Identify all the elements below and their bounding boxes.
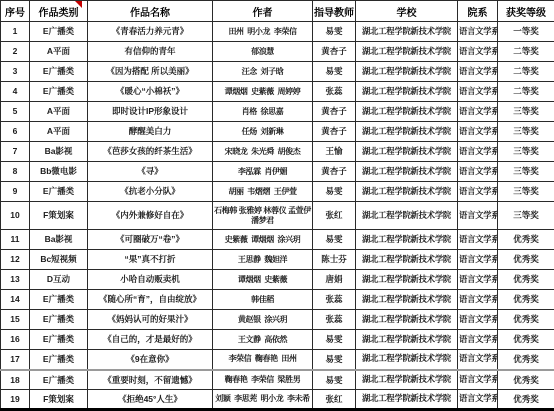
cell-school: 湖北工程学院新技术学院 <box>356 202 458 230</box>
cell-advisor: 黄杏子 <box>313 162 356 182</box>
cell-school: 湖北工程学院新技术学院 <box>356 62 458 82</box>
cell-award: 三等奖 <box>498 142 554 162</box>
cell-index: 3 <box>1 62 30 82</box>
cell-authors: 史紫薇 谭烟烟 涂兴玥 <box>213 230 313 250</box>
cell-department: 语言文学系 <box>458 370 498 390</box>
cell-index: 15 <box>1 310 30 330</box>
table-row: 19F策划案《拒绝45°人生》刘颖 李思茺 明小龙 李未希张红湖北工程学院新技术… <box>1 390 554 410</box>
header-department: 院系 <box>458 1 498 22</box>
cell-authors: 胡丽 韦熠熠 王伊萱 <box>213 182 313 202</box>
cell-index: 14 <box>1 290 30 310</box>
cell-authors: 郁浪慧 <box>213 42 313 62</box>
cell-title: 小哈自动贩卖机 <box>88 270 213 290</box>
cell-title: 《因为搭配 所以美丽》 <box>88 62 213 82</box>
cell-advisor: 易雯 <box>313 350 356 370</box>
cell-authors: 李荣信 鞠春艳 田州 <box>213 350 313 370</box>
table-body: 1E广播类《青春活力养元青》田州 明小龙 李荣信易雯湖北工程学院新技术学院语言文… <box>1 22 554 410</box>
cell-authors: 谭烟烟 史紫薇 周婷婷 <box>213 82 313 102</box>
cell-category: A平面 <box>30 102 88 122</box>
cell-award: 三等奖 <box>498 102 554 122</box>
cell-index: 1 <box>1 22 30 42</box>
table-row: 8Bb微电影《寻》李泓霖 肖伊媚黄杏子湖北工程学院新技术学院语言文学系三等奖 <box>1 162 554 182</box>
cell-authors: 石梅韩 张雅婷 林蓉仪 孟萱伊 潘梦君 <box>213 202 313 230</box>
cell-authors: 刘颖 李思茺 明小龙 李未希 <box>213 390 313 410</box>
cell-category: D互动 <box>30 270 88 290</box>
cell-index: 6 <box>1 122 30 142</box>
cell-index: 4 <box>1 82 30 102</box>
cell-category: E广播类 <box>30 330 88 350</box>
cell-award: 优秀奖 <box>498 230 554 250</box>
cell-title: 《重要时刻，不留遗憾》 <box>88 370 213 390</box>
cell-index: 10 <box>1 202 30 230</box>
cell-authors: 汪念 刘子晗 <box>213 62 313 82</box>
table-row: 13D互动小哈自动贩卖机谭烟烟 史紫薇唐娟湖北工程学院新技术学院语言文学系优秀奖 <box>1 270 554 290</box>
cell-advisor: 黄杏子 <box>313 42 356 62</box>
cell-advisor: 易雯 <box>313 182 356 202</box>
cell-index: 13 <box>1 270 30 290</box>
cell-title: “果”真不打折 <box>88 250 213 270</box>
cell-authors: 王文静 高依然 <box>213 330 313 350</box>
cell-department: 语言文学系 <box>458 230 498 250</box>
cell-category: E广播类 <box>30 22 88 42</box>
cell-award: 二等奖 <box>498 82 554 102</box>
cell-department: 语言文学系 <box>458 62 498 82</box>
table-row: 3E广播类《因为搭配 所以美丽》汪念 刘子晗易雯湖北工程学院新技术学院语言文学系… <box>1 62 554 82</box>
cell-category: E广播类 <box>30 350 88 370</box>
cell-title: 酵醒美白力 <box>88 122 213 142</box>
cell-advisor: 易雯 <box>313 330 356 350</box>
cell-department: 语言文学系 <box>458 122 498 142</box>
cell-department: 语言文学系 <box>458 290 498 310</box>
cell-category: A平面 <box>30 122 88 142</box>
cell-authors: 谭烟烟 史紫薇 <box>213 270 313 290</box>
cell-category: E广播类 <box>30 182 88 202</box>
cell-title: 《拒绝45°人生》 <box>88 390 213 410</box>
cell-department: 语言文学系 <box>458 202 498 230</box>
cell-title: 《抗老小分队》 <box>88 182 213 202</box>
cell-category: F策划案 <box>30 390 88 410</box>
cell-authors: 田州 明小龙 李荣信 <box>213 22 313 42</box>
cell-department: 语言文学系 <box>458 142 498 162</box>
cell-award: 优秀奖 <box>498 290 554 310</box>
table-row: 14E广播类《随心所“育”，自由绽放》韩佳稻张蕊湖北工程学院新技术学院语言文学系… <box>1 290 554 310</box>
table-row: 11Ba影视《可圈破万“卷”》史紫薇 谭烟烟 涂兴玥易雯湖北工程学院新技术学院语… <box>1 230 554 250</box>
cell-department: 语言文学系 <box>458 102 498 122</box>
cell-advisor: 张蕊 <box>313 290 356 310</box>
cell-school: 湖北工程学院新技术学院 <box>356 290 458 310</box>
cell-index: 17 <box>1 350 30 370</box>
cell-authors: 王思静 魏妲洋 <box>213 250 313 270</box>
cell-authors: 韩佳稻 <box>213 290 313 310</box>
table-row: 2A平面有信仰的青年郁浪慧黄杏子湖北工程学院新技术学院语言文学系二等奖 <box>1 42 554 62</box>
cell-advisor: 黄杏子 <box>313 102 356 122</box>
cell-department: 语言文学系 <box>458 350 498 370</box>
cell-school: 湖北工程学院新技术学院 <box>356 230 458 250</box>
cell-title: 《9在意你》 <box>88 350 213 370</box>
cell-school: 湖北工程学院新技术学院 <box>356 350 458 370</box>
header-award: 获奖等级 <box>498 1 554 22</box>
cell-index: 5 <box>1 102 30 122</box>
cell-department: 语言文学系 <box>458 330 498 350</box>
cell-advisor: 张红 <box>313 390 356 410</box>
cell-advisor: 王愉 <box>313 142 356 162</box>
table-row: 6A平面酵醒美白力任炀 刘新琳黄杏子湖北工程学院新技术学院语言文学系三等奖 <box>1 122 554 142</box>
cell-department: 语言文学系 <box>458 82 498 102</box>
cell-department: 语言文学系 <box>458 310 498 330</box>
cell-index: 19 <box>1 390 30 410</box>
cell-school: 湖北工程学院新技术学院 <box>356 22 458 42</box>
cell-school: 湖北工程学院新技术学院 <box>356 182 458 202</box>
cell-advisor: 张红 <box>313 202 356 230</box>
cell-advisor: 易雯 <box>313 370 356 390</box>
cell-award: 二等奖 <box>498 42 554 62</box>
cell-title: 《随心所“育”，自由绽放》 <box>88 290 213 310</box>
cell-department: 语言文学系 <box>458 390 498 410</box>
cell-award: 优秀奖 <box>498 250 554 270</box>
cell-category: Ba影视 <box>30 230 88 250</box>
cell-award: 优秀奖 <box>498 370 554 390</box>
cell-category: Bc短视频 <box>30 250 88 270</box>
awards-table-sheet: 序号 作品类别 作品名称 作者 指导教师 学校 院系 获奖等级 1E广播类《青春… <box>0 0 554 411</box>
header-row: 序号 作品类别 作品名称 作者 指导教师 学校 院系 获奖等级 <box>1 1 554 22</box>
cell-department: 语言文学系 <box>458 42 498 62</box>
comment-marker-icon <box>75 1 82 8</box>
cell-title: 《芭莎女孩的纤茶生活》 <box>88 142 213 162</box>
table-row: 12Bc短视频“果”真不打折王思静 魏妲洋陈士芬湖北工程学院新技术学院语言文学系… <box>1 250 554 270</box>
table-row: 7Ba影视《芭莎女孩的纤茶生活》宋晓龙 朱光舜 胡俊杰王愉湖北工程学院新技术学院… <box>1 142 554 162</box>
table-row: 15E广播类《妈妈认可的好果汁》黄赵银 涂兴玥张蕊湖北工程学院新技术学院语言文学… <box>1 310 554 330</box>
cell-title: 《青春活力养元青》 <box>88 22 213 42</box>
cell-title: 《妈妈认可的好果汁》 <box>88 310 213 330</box>
header-authors: 作者 <box>213 1 313 22</box>
header-title: 作品名称 <box>88 1 213 22</box>
cell-category: F策划案 <box>30 202 88 230</box>
table-row: 10F策划案《内外兼修好自在》石梅韩 张雅婷 林蓉仪 孟萱伊 潘梦君张红湖北工程… <box>1 202 554 230</box>
cell-school: 湖北工程学院新技术学院 <box>356 102 458 122</box>
cell-award: 优秀奖 <box>498 390 554 410</box>
cell-category: E广播类 <box>30 310 88 330</box>
cell-authors: 黄赵银 涂兴玥 <box>213 310 313 330</box>
cell-index: 18 <box>1 370 30 390</box>
cell-award: 优秀奖 <box>498 350 554 370</box>
cell-category: E广播类 <box>30 290 88 310</box>
cell-advisor: 张蕊 <box>313 310 356 330</box>
cell-index: 12 <box>1 250 30 270</box>
cell-index: 9 <box>1 182 30 202</box>
cell-title: 《自己的，才是最好的》 <box>88 330 213 350</box>
table-row: 9E广播类《抗老小分队》胡丽 韦熠熠 王伊萱易雯湖北工程学院新技术学院语言文学系… <box>1 182 554 202</box>
cell-index: 8 <box>1 162 30 182</box>
cell-category: Ba影视 <box>30 142 88 162</box>
cell-award: 优秀奖 <box>498 310 554 330</box>
cell-award: 三等奖 <box>498 182 554 202</box>
cell-index: 2 <box>1 42 30 62</box>
cell-advisor: 陈士芬 <box>313 250 356 270</box>
cell-category: A平面 <box>30 42 88 62</box>
cell-school: 湖北工程学院新技术学院 <box>356 330 458 350</box>
cell-award: 优秀奖 <box>498 330 554 350</box>
cell-school: 湖北工程学院新技术学院 <box>356 82 458 102</box>
cell-department: 语言文学系 <box>458 22 498 42</box>
cell-advisor: 黄杏子 <box>313 122 356 142</box>
cell-school: 湖北工程学院新技术学院 <box>356 390 458 410</box>
cell-index: 7 <box>1 142 30 162</box>
table-row: 4E广播类《暖心“小棉袄”》谭烟烟 史紫薇 周婷婷张蕊湖北工程学院新技术学院语言… <box>1 82 554 102</box>
cell-title: 《寻》 <box>88 162 213 182</box>
table-row: 1E广播类《青春活力养元青》田州 明小龙 李荣信易雯湖北工程学院新技术学院语言文… <box>1 22 554 42</box>
awards-table: 序号 作品类别 作品名称 作者 指导教师 学校 院系 获奖等级 1E广播类《青春… <box>0 0 554 411</box>
cell-title: 《内外兼修好自在》 <box>88 202 213 230</box>
cell-category: E广播类 <box>30 82 88 102</box>
cell-category: E广播类 <box>30 370 88 390</box>
cell-award: 三等奖 <box>498 122 554 142</box>
cell-award: 二等奖 <box>498 62 554 82</box>
cell-category: E广播类 <box>30 62 88 82</box>
cell-advisor: 易雯 <box>313 62 356 82</box>
cell-school: 湖北工程学院新技术学院 <box>356 162 458 182</box>
cell-award: 优秀奖 <box>498 270 554 290</box>
cell-department: 语言文学系 <box>458 182 498 202</box>
table-row: 18E广播类《重要时刻，不留遗憾》鞠春艳 李荣信 梁胜男易雯湖北工程学院新技术学… <box>1 370 554 390</box>
table-header: 序号 作品类别 作品名称 作者 指导教师 学校 院系 获奖等级 <box>1 1 554 22</box>
cell-award: 三等奖 <box>498 202 554 230</box>
cell-advisor: 张蕊 <box>313 82 356 102</box>
cell-school: 湖北工程学院新技术学院 <box>356 250 458 270</box>
header-index: 序号 <box>1 1 30 22</box>
cell-advisor: 唐娟 <box>313 270 356 290</box>
cell-award: 一等奖 <box>498 22 554 42</box>
cell-school: 湖北工程学院新技术学院 <box>356 370 458 390</box>
table-row: 16E广播类《自己的，才是最好的》王文静 高依然易雯湖北工程学院新技术学院语言文… <box>1 330 554 350</box>
cell-department: 语言文学系 <box>458 250 498 270</box>
cell-authors: 任炀 刘新琳 <box>213 122 313 142</box>
cell-award: 三等奖 <box>498 162 554 182</box>
table-row: 5A平面即时设计IP形象设计肖格 徐思嘉黄杏子湖北工程学院新技术学院语言文学系三… <box>1 102 554 122</box>
cell-index: 11 <box>1 230 30 250</box>
cell-index: 16 <box>1 330 30 350</box>
cell-authors: 宋晓龙 朱光舜 胡俊杰 <box>213 142 313 162</box>
cell-title: 《暖心“小棉袄”》 <box>88 82 213 102</box>
cell-advisor: 易雯 <box>313 22 356 42</box>
cell-school: 湖北工程学院新技术学院 <box>356 310 458 330</box>
cell-title: 即时设计IP形象设计 <box>88 102 213 122</box>
cell-authors: 肖格 徐思嘉 <box>213 102 313 122</box>
header-advisor: 指导教师 <box>313 1 356 22</box>
cell-department: 语言文学系 <box>458 162 498 182</box>
cell-advisor: 易雯 <box>313 230 356 250</box>
cell-title: 有信仰的青年 <box>88 42 213 62</box>
cell-authors: 李泓霖 肖伊媚 <box>213 162 313 182</box>
cell-school: 湖北工程学院新技术学院 <box>356 42 458 62</box>
cell-category: Bb微电影 <box>30 162 88 182</box>
table-row: 17E广播类《9在意你》李荣信 鞠春艳 田州易雯湖北工程学院新技术学院语言文学系… <box>1 350 554 370</box>
cell-school: 湖北工程学院新技术学院 <box>356 270 458 290</box>
cell-authors: 鞠春艳 李荣信 梁胜男 <box>213 370 313 390</box>
header-school: 学校 <box>356 1 458 22</box>
cell-school: 湖北工程学院新技术学院 <box>356 142 458 162</box>
cell-department: 语言文学系 <box>458 270 498 290</box>
cell-school: 湖北工程学院新技术学院 <box>356 122 458 142</box>
cell-title: 《可圈破万“卷”》 <box>88 230 213 250</box>
